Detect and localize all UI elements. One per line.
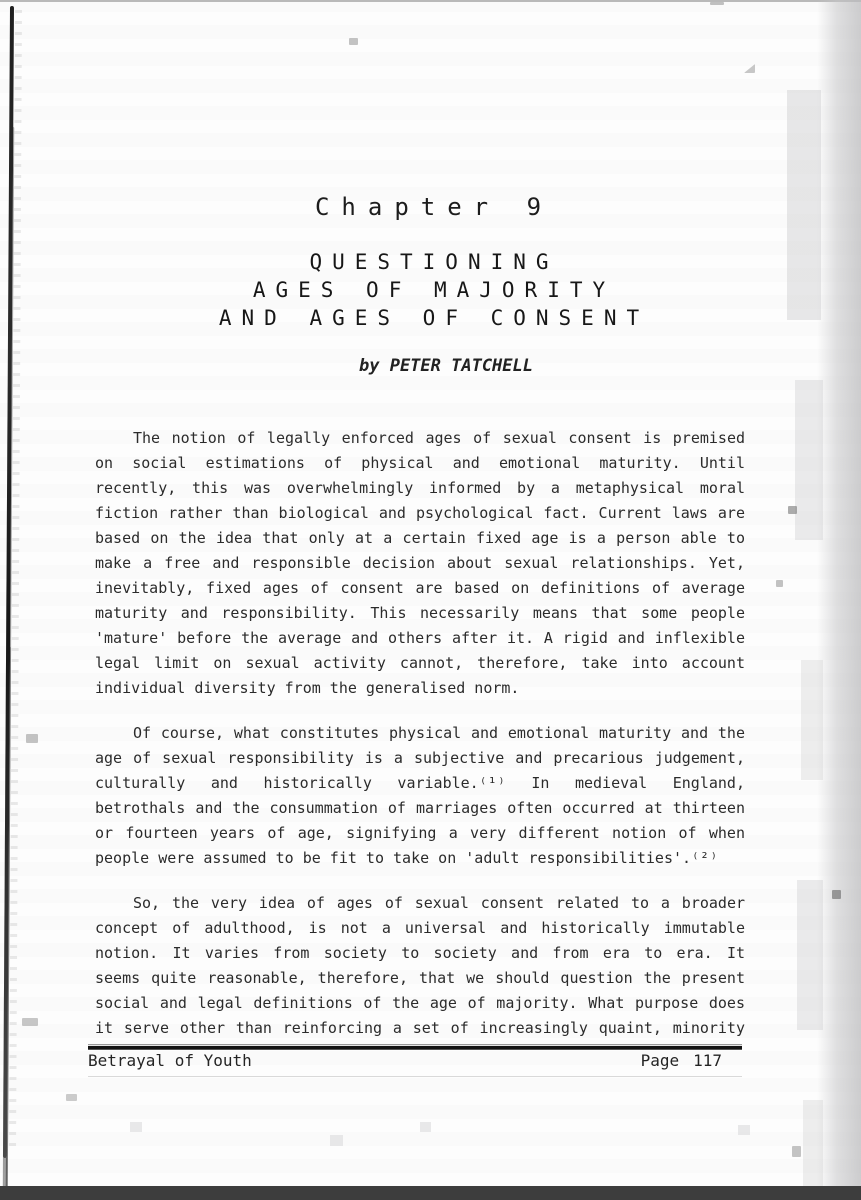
scan-speck [22, 1018, 38, 1026]
running-title: Betrayal of Youth [88, 1051, 252, 1070]
scan-speck [744, 64, 755, 73]
text-line: based on the idea that only at a certain… [95, 526, 745, 551]
text-line: seems quite reasonable, therefore, that … [95, 966, 745, 991]
scan-noise-patch [801, 660, 823, 780]
scan-speck [130, 1122, 142, 1132]
scan-speck [832, 890, 841, 899]
page-label: Page [641, 1051, 680, 1070]
text-line: on social estimations of physical and em… [95, 451, 745, 476]
text-line: notion. It varies from society to societ… [95, 941, 745, 966]
text-line: individual diversity from the generalise… [95, 676, 745, 701]
text-line: The notion of legally enforced ages of s… [95, 426, 745, 451]
scan-speck [792, 1146, 801, 1157]
title-line-2: AGES OF MAJORITY [109, 276, 759, 304]
text-line: recently, this was overwhelmingly inform… [95, 476, 745, 501]
text-line: it serve other than reinforcing a set of… [95, 1016, 745, 1041]
text-line: Of course, what constitutes physical and… [95, 721, 745, 746]
paragraph: Of course, what constitutes physical and… [95, 721, 745, 871]
text-line: or fourteen years of age, signifying a v… [95, 821, 745, 846]
scan-bottom-bar [0, 1186, 861, 1200]
text-line: social and legal definitions of the age … [95, 991, 745, 1016]
title-line-3: AND AGES OF CONSENT [109, 304, 759, 332]
text-line: make a free and responsible decision abo… [95, 551, 745, 576]
chapter-heading: Chapter 9 [109, 193, 759, 221]
footer-smear [88, 1076, 742, 1077]
scan-speck [420, 1122, 431, 1132]
text-line: culturally and historically variable.⁽¹⁾… [95, 771, 745, 796]
footer-rule [88, 1044, 742, 1050]
text-line: 'mature' before the average and others a… [95, 626, 745, 651]
scan-noise-patch [803, 1100, 823, 1190]
scan-speck [26, 734, 38, 743]
scanned-document-page: Chapter 9 QUESTIONING AGES OF MAJORITY A… [0, 0, 861, 1200]
title-line-1: QUESTIONING [109, 248, 759, 276]
scan-noise-patch [795, 380, 823, 540]
text-line: legal limit on sexual activity cannot, t… [95, 651, 745, 676]
author-byline: by PETER TATCHELL [121, 356, 771, 376]
scan-speck [776, 580, 783, 587]
page-footer: Betrayal of Youth Page 117 [88, 1044, 742, 1077]
body-paragraphs: The notion of legally enforced ages of s… [95, 426, 745, 1041]
page-number: 117 [693, 1051, 722, 1070]
scan-speck [66, 1094, 77, 1101]
text-line: fiction rather than biological and psych… [95, 501, 745, 526]
text-line: inevitably, fixed ages of consent are ba… [95, 576, 745, 601]
scan-shadow-band [817, 0, 861, 1200]
page-number-ref: Page 117 [641, 1051, 742, 1070]
scan-noise-patch [797, 880, 823, 1030]
text-line: concept of adulthood, is not a universal… [95, 916, 745, 941]
scan-noise-patch [787, 90, 821, 320]
page-title: QUESTIONING AGES OF MAJORITY AND AGES OF… [109, 248, 759, 332]
scan-speck [738, 1125, 750, 1135]
page-content: Chapter 9 QUESTIONING AGES OF MAJORITY A… [95, 0, 745, 1061]
paragraph: The notion of legally enforced ages of s… [95, 426, 745, 701]
text-line: people were assumed to be fit to take on… [95, 846, 745, 871]
scan-speck [330, 1135, 343, 1146]
text-line: age of sexual responsibility is a subjec… [95, 746, 745, 771]
text-line: betrothals and the consummation of marri… [95, 796, 745, 821]
text-line: maturity and responsibility. This necess… [95, 601, 745, 626]
text-line: So, the very idea of ages of sexual cons… [95, 891, 745, 916]
paragraph: So, the very idea of ages of sexual cons… [95, 891, 745, 1041]
scan-speck [788, 506, 797, 514]
